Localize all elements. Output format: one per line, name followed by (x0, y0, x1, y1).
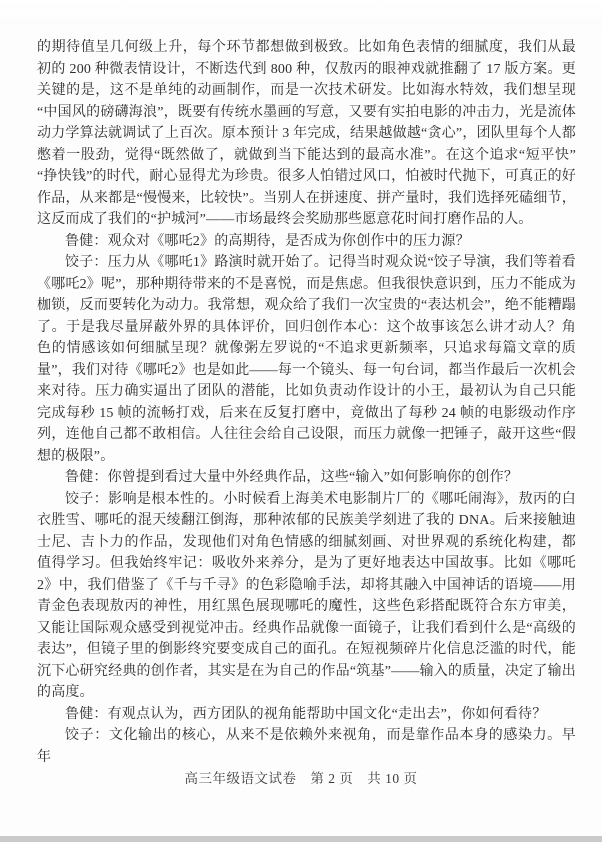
scanned-exam-page: 的期待值呈几何级上升，每个环节都想做到极致。比如角色表情的细腻度，我们从最初的 … (0, 0, 602, 844)
paragraph-continuation: 的期待值呈几何级上升，每个环节都想做到极致。比如角色表情的细腻度，我们从最初的 … (37, 37, 576, 231)
footer-exam-title: 高三年级语文试卷 (185, 767, 297, 787)
dialogue-lujian-question-1: 鲁健：观众对《哪吒2》的高期待，是否成为你创作中的压力源？ (37, 231, 576, 253)
footer-total-pages: 共 10 页 (367, 767, 417, 787)
dialogue-jiaozi-answer-3: 饺子：文化输出的核心，从来不是依赖外来视角，而是靠作品本身的感染力。早年 (37, 725, 576, 768)
scan-top-shading (0, 0, 602, 26)
dialogue-lujian-question-3: 鲁健：有观点认为，西方团队的视角能帮助中国文化“走出去”，你如何看待？ (37, 704, 576, 726)
footer-page-number: 第 2 页 (310, 767, 353, 787)
dialogue-lujian-question-2: 鲁健：你曾提到看过大量中外经典作品，这些“输入”如何影响你的创作？ (37, 467, 576, 489)
exam-body-text: 的期待值呈几何级上升，每个环节都想做到极致。比如角色表情的细腻度，我们从最初的 … (37, 37, 576, 768)
page-footer: 高三年级语文试卷 第 2 页 共 10 页 (0, 767, 602, 787)
dialogue-jiaozi-answer-2: 饺子：影响是根本性的。小时候看上海美术电影制片厂的《哪吒闹海》，敖丙的白衣胜雪、… (37, 489, 576, 704)
scan-edge-artifact (0, 836, 602, 842)
dialogue-jiaozi-answer-1: 饺子：压力从《哪吒1》路演时就开始了。记得当时观众说“饺子导演，我们等着看《哪吒… (37, 252, 576, 467)
